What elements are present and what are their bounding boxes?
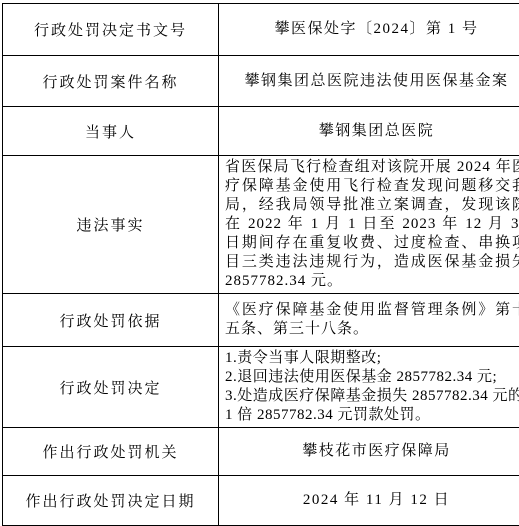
row-label-decision-date: 作出行政处罚决定日期 [3,476,219,526]
table-row-illegal-facts: 违法事实 省医保局飞行检查组对该院开展 2024 年医疗保障基金使用飞行检查发现… [3,156,519,294]
row-value-party: 攀钢集团总医院 [219,107,519,156]
row-label-case-name: 行政处罚案件名称 [3,56,219,107]
table-row-party: 当事人 攀钢集团总医院 [3,107,519,156]
row-value-decision-date: 2024 年 11 月 12 日 [219,476,519,526]
row-value-penalty-decision: 1.责令当事人限期整改; 2.退回违法使用医保基金 2857782.34 元; … [219,347,519,428]
row-value-case-name: 攀钢集团总医院违法使用医保基金案 [219,56,519,107]
row-label-penalty-authority: 作出行政处罚机关 [3,428,219,476]
row-label-document-number: 行政处罚决定书文号 [3,4,219,56]
row-value-penalty-basis: 《医疗保障基金使用监督管理条例》第十五条、第三十八条。 [219,294,519,347]
table-row-penalty-basis: 行政处罚依据 《医疗保障基金使用监督管理条例》第十五条、第三十八条。 [3,294,519,347]
row-label-penalty-decision: 行政处罚决定 [3,347,219,428]
row-label-illegal-facts: 违法事实 [3,156,219,294]
row-label-party: 当事人 [3,107,219,156]
row-value-document-number: 攀医保处字〔2024〕第 1 号 [219,4,519,56]
table-row-document-number: 行政处罚决定书文号 攀医保处字〔2024〕第 1 号 [3,4,519,56]
penalty-decision-table: 行政处罚决定书文号 攀医保处字〔2024〕第 1 号 行政处罚案件名称 攀钢集团… [2,3,519,526]
table-row-penalty-authority: 作出行政处罚机关 攀枝花市医疗保障局 [3,428,519,476]
row-value-illegal-facts: 省医保局飞行检查组对该院开展 2024 年医疗保障基金使用飞行检查发现问题移交我… [219,156,519,294]
table-row-penalty-decision: 行政处罚决定 1.责令当事人限期整改; 2.退回违法使用医保基金 2857782… [3,347,519,428]
row-value-penalty-authority: 攀枝花市医疗保障局 [219,428,519,476]
table-row-decision-date: 作出行政处罚决定日期 2024 年 11 月 12 日 [3,476,519,526]
row-label-penalty-basis: 行政处罚依据 [3,294,219,347]
table-row-case-name: 行政处罚案件名称 攀钢集团总医院违法使用医保基金案 [3,56,519,107]
